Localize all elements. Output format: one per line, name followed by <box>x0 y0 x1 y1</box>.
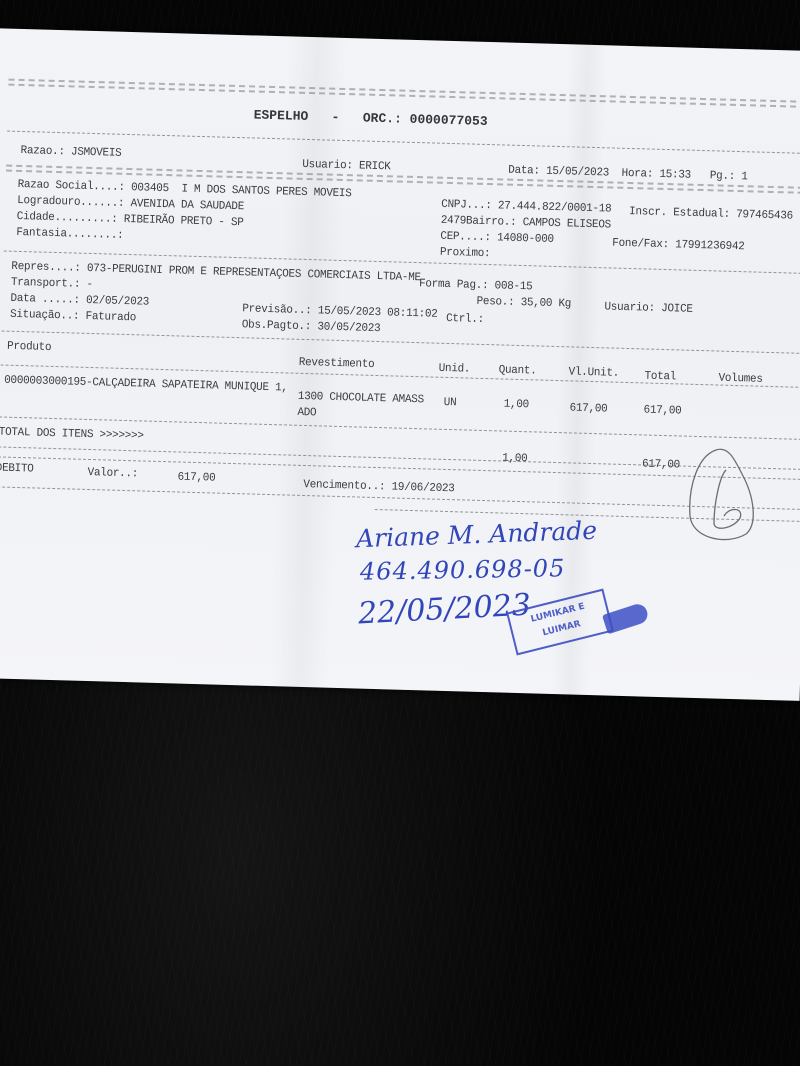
pedido-situacao: Situação..: Faturado <box>10 308 136 324</box>
payment-valor-label: Valor..: <box>87 467 138 481</box>
pedido-usuario: Usuario: JOICE <box>604 301 693 316</box>
cliente-cep: CEP....: 14080-000 <box>440 230 554 246</box>
totals-quant: 1,00 <box>502 452 528 465</box>
separator <box>2 330 800 354</box>
column-produto: Produto <box>7 340 51 354</box>
payment-valor: 617,00 <box>177 471 215 485</box>
pedido-obs-pagto: Obs.Pagto.: 30/05/2023 <box>242 319 381 335</box>
row-total: 617,00 <box>643 404 681 418</box>
circled-number-mark <box>686 446 756 546</box>
column-quant: Quant. <box>498 364 536 378</box>
pedido-ctrl: Ctrl.: <box>446 313 484 327</box>
pedido-data: Data .....: 02/05/2023 <box>10 292 149 308</box>
cliente-fantasia: Fantasia........: <box>16 227 123 243</box>
pedido-peso: Peso.: 35,00 Kg <box>476 295 571 310</box>
cliente-inscr-estadual: Inscr. Estadual: 797465436 <box>629 206 793 223</box>
row-revestimento-cont: ADO <box>297 406 316 419</box>
totals-total: 617,00 <box>642 458 680 472</box>
row-unid: UN <box>444 397 457 410</box>
pedido-transport: Transport.: - <box>11 276 93 291</box>
handwritten-cpf: 464.490.698-05 <box>360 554 566 586</box>
totals-label: TOTAL DOS ITENS >>>>>>> <box>0 426 144 443</box>
pedido-forma-pag: Forma Pag.: 008-15 <box>419 278 533 294</box>
column-vl-unit: Vl.Unit. <box>568 366 619 380</box>
cliente-fone-fax: Fone/Fax: 17991236942 <box>612 237 745 253</box>
separator-double <box>8 79 800 109</box>
row-vl-unit: 617,00 <box>569 402 607 416</box>
column-unid: Unid. <box>438 362 470 375</box>
row-produto: 0000003000195-CALÇADEIRA SAPATEIRA MUNIQ… <box>4 374 288 395</box>
pedido-previsao: Previsão..: 15/05/2023 08:11:02 <box>242 303 438 321</box>
header-usuario: Usuario: ERICK <box>302 159 391 174</box>
row-quant: 1,00 <box>504 398 530 411</box>
payment-tipo: DEBITO <box>0 462 34 476</box>
header-razao: Razao.: JSMOVEIS <box>20 145 121 160</box>
cliente-proximo: Proximo: <box>440 246 491 260</box>
column-revestimento: Revestimento <box>299 357 375 372</box>
separator <box>7 131 800 155</box>
